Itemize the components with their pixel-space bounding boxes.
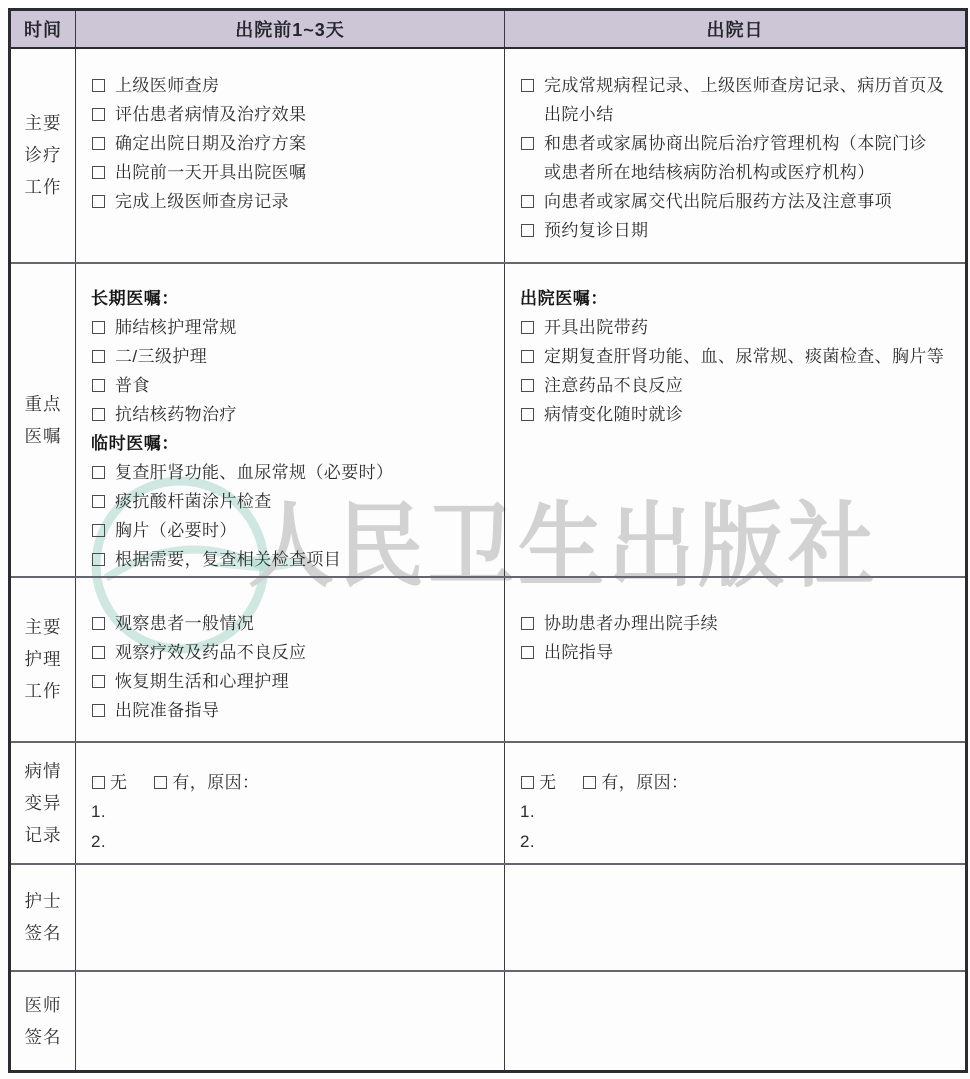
checkbox-icon (92, 137, 105, 150)
row-variation-record: 病情 变异 记录 无有，原因： 1. 2. 无有，原因： 1. 2. (10, 742, 967, 864)
discharge-orders-checklist: 开具出院带药 定期复查肝肾功能、血、尿常规、痰菌检查、胸片等 注意药品不良反应 (520, 313, 957, 429)
nurse-signature-discharge-day-field (505, 864, 967, 971)
checkbox-icon (521, 408, 534, 421)
checkbox-icon (92, 166, 105, 179)
variation-reason-line-1: 1. (520, 797, 957, 827)
checklist-item: 根据需要，复查相关检查项目 (91, 545, 496, 574)
row-label-key-orders: 重点 医嘱 (10, 263, 76, 577)
checklist-item-label: 注意药品不良反应 (544, 371, 957, 400)
row-key-orders: 重点 医嘱 长期医嘱： 肺结核护理常规 二/ (10, 263, 967, 577)
checklist-item-label: 胸片（必要时） (115, 516, 496, 545)
checklist-item-label: 恢复期生活和心理护理 (115, 667, 496, 696)
variation-no-label: 无 (539, 773, 556, 792)
checklist-item: 向患者或家属交代出院后服药方法及注意事项 (520, 187, 957, 216)
checkbox-icon (583, 776, 596, 789)
nursing-pre-discharge-cell: 观察患者一般情况 观察疗效及药品不良反应 恢复期生活和心理护理 (76, 577, 505, 742)
checklist-item-label: 协助患者办理出院手续 (544, 609, 957, 638)
checklist-item-label: 预约复诊日期 (544, 216, 957, 245)
variation-no-label: 无 (110, 773, 127, 792)
checklist-item: 出院指导 (520, 638, 957, 667)
checklist-item-label: 出院准备指导 (115, 696, 496, 725)
temporary-orders-heading: 临时医嘱： (91, 429, 496, 458)
checklist-item-label: 出院前一天开具出院医嘱 (115, 158, 496, 187)
checklist-item: 恢复期生活和心理护理 (91, 667, 496, 696)
row-label-variation-record: 病情 变异 记录 (10, 742, 76, 864)
checkbox-icon (92, 379, 105, 392)
checkbox-icon (92, 408, 105, 421)
checklist-item: 观察疗效及药品不良反应 (91, 638, 496, 667)
nursing-day-checklist: 协助患者办理出院手续 出院指导 (520, 609, 957, 667)
checkbox-icon (521, 617, 534, 630)
document-page: 人民卫生出版社 时间 出院前1~3天 出院日 主要 诊疗 工作 (0, 8, 970, 1079)
row-doctor-signature: 医师 签名 (10, 971, 967, 1072)
discharge-orders-heading: 出院医嘱： (520, 284, 957, 313)
variation-options-line: 无有，原因： (91, 768, 496, 797)
treatment-pre-discharge-cell: 上级医师查房 评估患者病情及治疗效果 确定出院日期及治疗方案 (76, 48, 505, 263)
checkbox-icon (521, 776, 534, 789)
checklist-item: 开具出院带药 (520, 313, 957, 342)
checklist-item-label: 上级医师查房 (115, 71, 496, 100)
checklist-item-label: 出院指导 (544, 638, 957, 667)
checklist-item-label: 确定出院日期及治疗方案 (115, 129, 496, 158)
table-header-row: 时间 出院前1~3天 出院日 (10, 10, 967, 48)
variation-yes-label: 有，原因： (601, 773, 688, 792)
checklist-item-label: 开具出院带药 (544, 313, 957, 342)
treatment-pre-checklist: 上级医师查房 评估患者病情及治疗效果 确定出院日期及治疗方案 (91, 71, 496, 216)
checklist-item-label: 完成常规病程记录、上级医师查房记录、病历首页及 出院小结 (544, 71, 957, 129)
checklist-item: 二/三级护理 (91, 342, 496, 371)
clinical-pathway-table: 时间 出院前1~3天 出院日 主要 诊疗 工作 上级医师查房 (8, 8, 968, 1073)
checkbox-icon (521, 137, 534, 150)
checklist-item-label: 向患者或家属交代出院后服药方法及注意事项 (544, 187, 957, 216)
variation-pre-discharge-cell: 无有，原因： 1. 2. (76, 742, 505, 864)
checkbox-icon (521, 79, 534, 92)
checklist-item: 抗结核药物治疗 (91, 400, 496, 429)
checkbox-icon (521, 224, 534, 237)
row-main-treatment: 主要 诊疗 工作 上级医师查房 评估患者病情及治疗效果 (10, 48, 967, 263)
checkbox-icon (92, 495, 105, 508)
row-label-main-treatment: 主要 诊疗 工作 (10, 48, 76, 263)
checklist-item: 完成常规病程记录、上级医师查房记录、病历首页及 出院小结 (520, 71, 957, 129)
checklist-item: 痰抗酸杆菌涂片检查 (91, 487, 496, 516)
variation-reason-line-1: 1. (91, 797, 496, 827)
checklist-item: 复查肝肾功能、血尿常规（必要时） (91, 458, 496, 487)
variation-yes-label: 有，原因： (172, 773, 259, 792)
treatment-day-checklist: 完成常规病程记录、上级医师查房记录、病历首页及 出院小结 和患者或家属协商出院后… (520, 71, 957, 245)
checklist-item: 定期复查肝肾功能、血、尿常规、痰菌检查、胸片等 (520, 342, 957, 371)
checkbox-icon (92, 553, 105, 566)
checkbox-icon (92, 617, 105, 630)
variation-reason-line-2: 2. (91, 827, 496, 857)
checkbox-icon (92, 776, 105, 789)
checkbox-icon (92, 675, 105, 688)
checkbox-icon (521, 379, 534, 392)
checklist-item: 出院准备指导 (91, 696, 496, 725)
checklist-item-label: 痰抗酸杆菌涂片检查 (115, 487, 496, 516)
nurse-signature-pre-discharge-field (76, 864, 505, 971)
checklist-item-label: 和患者或家属协商出院后治疗管理机构（本院门诊 或患者所在地结核病防治机构或医疗机… (544, 129, 957, 187)
checklist-item-label: 肺结核护理常规 (115, 313, 496, 342)
checkbox-icon (521, 646, 534, 659)
row-label-nurse-signature: 护士 签名 (10, 864, 76, 971)
temporary-orders-checklist: 复查肝肾功能、血尿常规（必要时） 痰抗酸杆菌涂片检查 胸片（必要时） (91, 458, 496, 574)
doctor-signature-discharge-day-field (505, 971, 967, 1072)
checklist-item: 和患者或家属协商出院后治疗管理机构（本院门诊 或患者所在地结核病防治机构或医疗机… (520, 129, 957, 187)
checkbox-icon (92, 195, 105, 208)
checklist-item-label: 复查肝肾功能、血尿常规（必要时） (115, 458, 496, 487)
checkbox-icon (92, 466, 105, 479)
row-nurse-signature: 护士 签名 (10, 864, 967, 971)
checklist-item-label: 观察疗效及药品不良反应 (115, 638, 496, 667)
header-pre-discharge: 出院前1~3天 (76, 10, 505, 48)
doctor-signature-pre-discharge-field (76, 971, 505, 1072)
checklist-item: 病情变化随时就诊 (520, 400, 957, 429)
checklist-item-label: 观察患者一般情况 (115, 609, 496, 638)
checkbox-icon (92, 321, 105, 334)
checkbox-icon (92, 704, 105, 717)
checkbox-icon (92, 524, 105, 537)
checklist-item: 胸片（必要时） (91, 516, 496, 545)
checkbox-icon (92, 108, 105, 121)
checkbox-icon (521, 321, 534, 334)
variation-options-line: 无有，原因： (520, 768, 957, 797)
treatment-discharge-day-cell: 完成常规病程记录、上级医师查房记录、病历首页及 出院小结 和患者或家属协商出院后… (505, 48, 967, 263)
checklist-item: 观察患者一般情况 (91, 609, 496, 638)
checkbox-icon (92, 646, 105, 659)
checklist-item: 普食 (91, 371, 496, 400)
orders-pre-discharge-cell: 长期医嘱： 肺结核护理常规 二/三级护理 (76, 263, 505, 577)
checklist-item: 确定出院日期及治疗方案 (91, 129, 496, 158)
row-main-nursing: 主要 护理 工作 观察患者一般情况 观察疗效及药品不良反应 (10, 577, 967, 742)
checklist-item: 协助患者办理出院手续 (520, 609, 957, 638)
variation-reason-line-2: 2. (520, 827, 957, 857)
checklist-item-label: 完成上级医师查房记录 (115, 187, 496, 216)
checklist-item: 评估患者病情及治疗效果 (91, 100, 496, 129)
header-discharge-day: 出院日 (505, 10, 967, 48)
checkbox-icon (154, 776, 167, 789)
nursing-discharge-day-cell: 协助患者办理出院手续 出院指导 (505, 577, 967, 742)
header-time: 时间 (10, 10, 76, 48)
row-label-doctor-signature: 医师 签名 (10, 971, 76, 1072)
checklist-item-label: 普食 (115, 371, 496, 400)
checkbox-icon (92, 79, 105, 92)
checklist-item: 肺结核护理常规 (91, 313, 496, 342)
checklist-item: 注意药品不良反应 (520, 371, 957, 400)
checkbox-icon (521, 195, 534, 208)
longterm-orders-heading: 长期医嘱： (91, 284, 496, 313)
longterm-orders-checklist: 肺结核护理常规 二/三级护理 普食 (91, 313, 496, 429)
checklist-item: 上级医师查房 (91, 71, 496, 100)
checklist-item-label: 定期复查肝肾功能、血、尿常规、痰菌检查、胸片等 (544, 342, 957, 371)
checkbox-icon (521, 350, 534, 363)
checklist-item: 预约复诊日期 (520, 216, 957, 245)
checkbox-icon (92, 350, 105, 363)
checklist-item: 出院前一天开具出院医嘱 (91, 158, 496, 187)
nursing-pre-checklist: 观察患者一般情况 观察疗效及药品不良反应 恢复期生活和心理护理 (91, 609, 496, 725)
variation-discharge-day-cell: 无有，原因： 1. 2. (505, 742, 967, 864)
checklist-item-label: 二/三级护理 (115, 342, 496, 371)
orders-discharge-day-cell: 出院医嘱： 开具出院带药 定期复查肝肾功能、血、尿常规、痰菌检查、胸片等 (505, 263, 967, 577)
checklist-item-label: 评估患者病情及治疗效果 (115, 100, 496, 129)
checklist-item-label: 病情变化随时就诊 (544, 400, 957, 429)
checklist-item-label: 根据需要，复查相关检查项目 (115, 545, 496, 574)
checklist-item-label: 抗结核药物治疗 (115, 400, 496, 429)
checklist-item: 完成上级医师查房记录 (91, 187, 496, 216)
row-label-main-nursing: 主要 护理 工作 (10, 577, 76, 742)
